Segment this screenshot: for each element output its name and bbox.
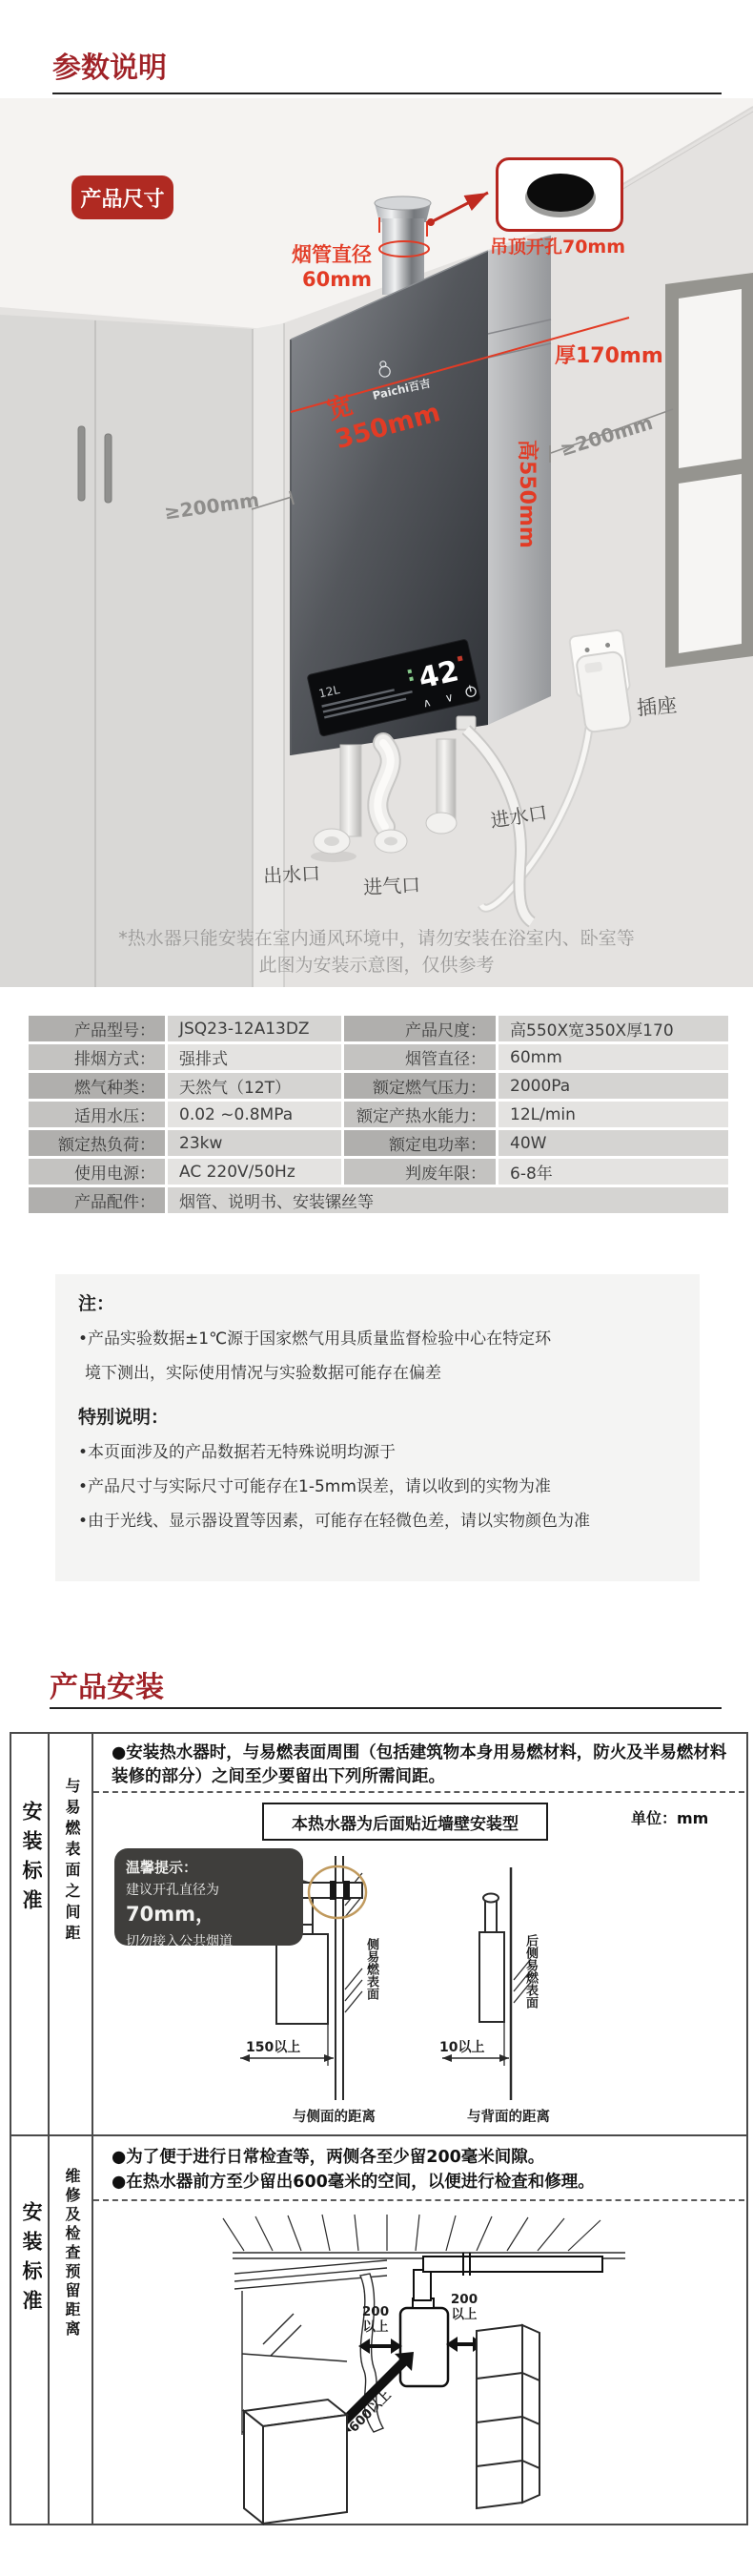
socket-label: 插座 (636, 690, 678, 722)
illustration-footnote-2: 此图为安装示意图，仅供参考 (0, 951, 753, 977)
unit-label: 单位：mm (631, 1806, 741, 1828)
table-divider (11, 2134, 746, 2136)
ceiling-rays (223, 2215, 600, 2251)
spec-key: 额定电功率： (344, 1130, 496, 1156)
ceiling-hole-label: 吊顶开孔70mm (486, 233, 629, 258)
spec-value: 高550X宽350X厚170 (499, 1016, 728, 1041)
spec-key: 排烟方式： (29, 1044, 165, 1070)
row2-bullet-2: ●在热水器前方至少留出600毫米的空间，以便进行检查和修理。 (112, 2171, 736, 2195)
left-caption: 与侧面的距离 (293, 2106, 376, 2126)
service-space-diagram (92, 2211, 750, 2525)
height-label: 高550mm (514, 440, 543, 558)
power-plug (576, 651, 632, 733)
special-line: •本页面涉及的产品数据若无特殊说明均源于 (78, 1442, 677, 1463)
size-badge: 产品尺寸 (71, 175, 173, 219)
spec-value: 烟管、说明书、安装镙丝等 (168, 1187, 728, 1213)
dim-suffix: 以上 (452, 2307, 478, 2322)
shelf-sketch (477, 2325, 539, 2508)
tip-title: 温馨提示： (126, 1857, 292, 1877)
special-title: 特别说明： (78, 1403, 677, 1429)
dim-suffix: 以上 (363, 2319, 389, 2335)
right-caption: 与背面的距离 (467, 2106, 550, 2126)
spec-value: 40W (499, 1130, 728, 1156)
spec-key: 判废年限： (344, 1159, 496, 1185)
flue-diameter-label: 烟管直径60mm (231, 239, 372, 291)
spec-value: 天然气（12T） (168, 1073, 341, 1099)
spec-value: JSQ23-12A13DZ (168, 1016, 341, 1041)
dashed-separator (93, 2199, 744, 2201)
scene-drawing: Paichi百吉 12L 42 ∧ ∨ (0, 98, 753, 987)
spec-key: 额定燃气压力： (344, 1073, 496, 1099)
flue-pipe-sketch (423, 2257, 602, 2272)
wardrobe-handle (78, 426, 85, 501)
left-dim-label: 150以上 (246, 2037, 300, 2056)
spec-key: 产品型号： (29, 1016, 165, 1041)
row1-bullet: ●安装热水器时，与易燃表面周围（包括建筑物本身用易燃材料，防火及半易燃材料装修的… (112, 1741, 736, 1789)
spec-key: 产品配件： (29, 1187, 165, 1213)
spec-key: 额定产热水能力： (344, 1102, 496, 1127)
spec-key: 额定热负荷： (29, 1130, 165, 1156)
window-pane (679, 289, 742, 468)
row1-box-title: 本热水器为后面贴近墙壁安装型 (262, 1803, 548, 1841)
left-wall-label: 侧易燃表面 (362, 1938, 380, 2030)
tip-prefix: 建议开孔直径为 (126, 1883, 219, 1898)
spec-key: 适用水压： (29, 1102, 165, 1127)
special-line: •产品尺寸与实际尺寸可能存在1-5mm误差，请以收到的实物为准 (78, 1476, 677, 1497)
inlet-flange (426, 813, 457, 834)
dim-num: 200 (362, 2304, 389, 2319)
spec-value: 0.02 ~0.8MPa (168, 1102, 341, 1127)
spec-value: 6-8年 (499, 1159, 728, 1185)
spec-value: 60mm (499, 1044, 728, 1070)
window-pane (679, 474, 742, 653)
left-200-label: 200 以上 (356, 2304, 395, 2335)
spec-key: 燃气种类： (29, 1073, 165, 1099)
illustration-footnote-1: *热水器只能安装在室内通风环境中，请勿安装在浴室内、卧室等 (0, 924, 753, 950)
special-line: •由于光线、显示器设置等因素，可能存在轻微色差，请以实物颜色为准 (78, 1511, 677, 1532)
spec-value: 2000Pa (499, 1073, 728, 1099)
flue-pipe-top (375, 196, 431, 210)
product-page: 参数说明 (0, 0, 753, 2576)
ceiling-hole-box (496, 157, 623, 232)
spec-key: 使用电源： (29, 1159, 165, 1185)
spec-table: 产品型号： JSQ23-12A13DZ 产品尺度： 高550X宽350X厚170… (29, 1016, 725, 1213)
flue-elbow (294, 1883, 362, 1898)
inlet-pipe (437, 739, 456, 819)
heater-side-outline (479, 1932, 504, 2022)
row1-sub-label: 与易燃表面之间距 (61, 1778, 83, 2092)
spec-value: 12L/min (499, 1102, 728, 1127)
note-line: •产品实验数据±1℃源于国家燃气用具质量监督检验中心在特定环 (78, 1329, 677, 1350)
depth-label: 厚170mm (555, 340, 663, 369)
dashed-separator (93, 1791, 744, 1793)
gas-inlet-label: 进气口 (362, 869, 420, 899)
row2-side-label: 安装标准 (17, 2201, 46, 2468)
outlet-pipe (340, 745, 361, 836)
right-wall-label: 后侧易燃表面 (521, 1934, 539, 2041)
spec-value: 强排式 (168, 1044, 341, 1070)
tip-bubble: 温馨提示： 建议开孔直径为70mm， 切勿接入公共烟道 (114, 1848, 303, 1946)
note-line: 境下测出，实际使用情况与实验数据可能存在偏差 (78, 1363, 677, 1384)
spec-value: AC 220V/50Hz (168, 1159, 341, 1185)
row1-side-label: 安装标准 (17, 1801, 46, 2068)
install-section-title: 产品安装 (50, 1663, 164, 1705)
water-outlet-label: 出水口 (262, 857, 320, 888)
tip-size: 70mm， (126, 1903, 215, 1926)
wardrobe-handle (105, 434, 112, 503)
wardrobe-front (0, 315, 253, 987)
spec-value: 23kw (168, 1130, 341, 1156)
product-size-illustration: Paichi百吉 12L 42 ∧ ∨ (0, 98, 753, 987)
spec-key: 烟管直径： (344, 1044, 496, 1070)
heater-outline (400, 2308, 448, 2386)
table-divider (48, 1734, 50, 2524)
notes-box: 注： •产品实验数据±1℃源于国家燃气用具质量监督检验中心在特定环 境下测出，实… (55, 1274, 700, 1581)
dim-num: 200 (451, 2292, 478, 2307)
install-title-underline (50, 1707, 722, 1709)
params-section-title: 参数说明 (52, 44, 167, 86)
right-dim-label: 10以上 (439, 2037, 484, 2056)
row2-sub-label: 维修及检查预留距离 (61, 2168, 83, 2483)
install-table: 安装标准 与易燃表面之间距 安装标准 维修及检查预留距离 ●安装热水器时，与易燃… (10, 1732, 748, 2525)
params-title-underline (52, 93, 722, 94)
note-title: 注： (78, 1289, 677, 1315)
spec-key: 产品尺度： (344, 1016, 496, 1041)
right-200-label: 200 以上 (445, 2292, 483, 2322)
row2-bullet-1: ●为了便于进行日常检查等，两侧各至少留200毫米间隙。 (112, 2146, 736, 2170)
tip-line2: 切勿接入公共烟道 (126, 1931, 292, 1950)
ceiling-hole-icon (527, 174, 594, 212)
obstacle-box-sketch (244, 2400, 347, 2524)
